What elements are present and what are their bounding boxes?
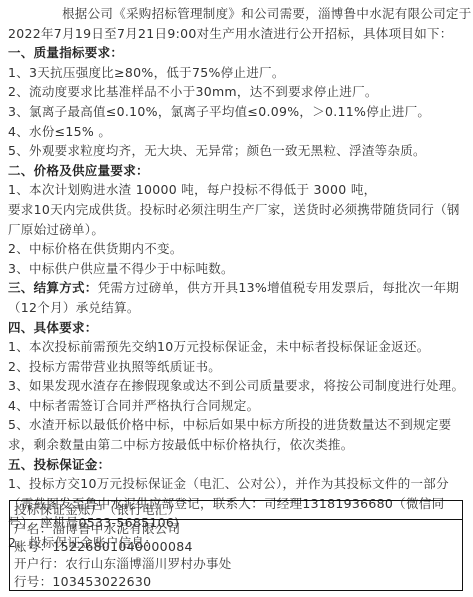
section-price-heading: 二、价格及供应量要求： (8, 161, 468, 181)
intro-line-2: 2022年7月19日至7月21日9:00对生产用水渣进行公开招标，具体项目如下： (8, 24, 468, 44)
requirement-item-5-line-2: 求，剩余数量由第二中标方按最低中标价格执行，依次类推。 (8, 435, 468, 455)
settlement-text-line-1: 凭需方过磅单，供方开具13%增值税专用发票后，每批次一年期 (98, 280, 459, 295)
intro-line-1: 根据公司《采购招标管理制度》和公司需要，淄博鲁中水泥有限公司定于 (8, 4, 468, 24)
price-item-3: 3、中标供户供应量不得少于中标吨数。 (8, 259, 468, 279)
account-bank: 开户行：农行山东淄博淄川罗村办事处 (14, 555, 462, 573)
deposit-account-header: 投标保证金账户（银行电汇） (10, 501, 462, 520)
settlement-text-line-2: （12个月）承兑结算。 (8, 298, 468, 318)
quality-item-1: 1、3天抗压强度比≥80%，低于75%停止进厂。 (8, 63, 468, 83)
deposit-account-body: 户名：淄博鲁中水泥有限公司 账号：15226801040000084 开户行：农… (10, 520, 462, 590)
price-item-1-line-2: 要求10天内完成供货。投标时必须注明生产厂家，送货时必须携带随货同行（钢 (8, 200, 468, 220)
section-deposit-heading: 五、投标保证金： (8, 455, 468, 475)
tender-notice-document: 根据公司《采购招标管理制度》和公司需要，淄博鲁中水泥有限公司定于 2022年7月… (8, 4, 468, 553)
quality-item-3: 3、氯离子最高值≤0.10%，氯离子平均值≤0.09%，＞0.11%停止进厂。 (8, 102, 468, 122)
section-settlement: 三、结算方式：凭需方过磅单，供方开具13%增值税专用发票后，每批次一年期 (8, 278, 468, 298)
section-requirements-heading: 四、具体要求： (8, 318, 468, 338)
quality-item-4: 4、水份≤15% 。 (8, 122, 468, 142)
requirement-item-5-line-1: 5、水渣开标以最低价格中标，中标后如果中标方所投的进货数量达不到规定要 (8, 415, 468, 435)
quality-item-2: 2、流动度要求比基准样品不小于30mm，达不到要求停止进厂。 (8, 82, 468, 102)
quality-item-5: 5、外观要求粒度均齐，无大块、无异常；颜色一致无黑粒、浮渣等杂质。 (8, 141, 468, 161)
requirement-item-2: 2、投标方需带营业执照等纸质证书。 (8, 357, 468, 377)
requirement-item-3: 3、如果发现水渣存在掺假现象或达不到公司质量要求，将按公司制度进行处理。 (8, 376, 468, 396)
account-number: 账号：15226801040000084 (14, 538, 462, 556)
account-bank-code: 行号：103453022630 (14, 573, 462, 591)
price-item-1-line-1: 1、本次计划购进水渣 10000 吨，每户投标不得低于 3000 吨， (8, 180, 468, 200)
section-settlement-heading: 三、结算方式： (8, 280, 98, 295)
price-item-2: 2、中标价格在供货期内不变。 (8, 239, 468, 259)
deposit-item-1-line-1: 1、投标方交10万元投标保证金（电汇、公对公），并作为其投标文件的一部分 (8, 474, 468, 494)
requirement-item-1: 1、本次投标前需预先交纳10万元投标保证金，未中标者投标保证金返还。 (8, 337, 468, 357)
deposit-account-table: 投标保证金账户（银行电汇） 户名：淄博鲁中水泥有限公司 账号：152268010… (9, 500, 463, 591)
price-item-1-line-3: 厂原始过磅单）。 (8, 220, 468, 240)
account-name: 户名：淄博鲁中水泥有限公司 (14, 520, 462, 538)
section-quality-heading: 一、质量指标要求： (8, 43, 468, 63)
requirement-item-4: 4、中标者需签订合同并严格执行合同规定。 (8, 396, 468, 416)
